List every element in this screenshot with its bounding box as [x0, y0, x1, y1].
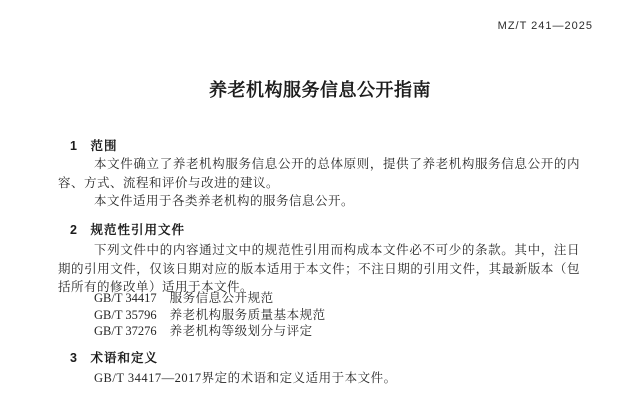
section-3-heading: 3 术语和定义: [70, 348, 580, 366]
reference-title: 服务信息公开规范: [170, 290, 274, 307]
reference-item: GB/T 37276养老机构等级划分与评定: [94, 323, 580, 340]
paragraph: 本文件确立了养老机构服务信息公开的总体原则，提供了养老机构服务信息公开的内容、方…: [58, 155, 580, 192]
document-title: 养老机构服务信息公开指南: [0, 76, 640, 102]
section-1-number: 1: [70, 139, 77, 153]
section-3-number: 3: [70, 351, 77, 365]
reference-code: GB/T 37276: [94, 323, 157, 340]
document-number: MZ/T 241—2025: [498, 20, 593, 32]
section-2-title: 规范性引用文件: [90, 220, 185, 238]
section-2-body: 下列文件中的内容通过文中的规范性引用而构成本文件必不可少的条款。其中，注日期的引…: [58, 241, 580, 297]
section-2-heading: 2 规范性引用文件: [70, 220, 580, 238]
reference-code: GB/T 34417: [94, 290, 157, 307]
paragraph: 下列文件中的内容通过文中的规范性引用而构成本文件必不可少的条款。其中，注日期的引…: [58, 241, 580, 297]
reference-item: GB/T 34417服务信息公开规范: [94, 290, 580, 307]
section-2-number: 2: [70, 223, 77, 237]
standard-document-page: MZ/T 241—2025 养老机构服务信息公开指南 1 范围 本文件确立了养老…: [0, 0, 640, 399]
section-3-title: 术语和定义: [90, 348, 158, 366]
section-1-title: 范围: [90, 136, 117, 154]
reference-title: 养老机构等级划分与评定: [170, 323, 313, 340]
reference-title: 养老机构服务质量基本规范: [170, 307, 326, 324]
reference-code: GB/T 35796: [94, 307, 157, 324]
reference-item: GB/T 35796养老机构服务质量基本规范: [94, 307, 580, 324]
section-3-body: GB/T 34417—2017界定的术语和定义适用于本文件。: [58, 369, 580, 388]
normative-references-list: GB/T 34417服务信息公开规范 GB/T 35796养老机构服务质量基本规…: [94, 290, 580, 340]
paragraph: GB/T 34417—2017界定的术语和定义适用于本文件。: [58, 369, 580, 388]
paragraph: 本文件适用于各类养老机构的服务信息公开。: [58, 192, 580, 211]
section-1-body: 本文件确立了养老机构服务信息公开的总体原则，提供了养老机构服务信息公开的内容、方…: [58, 155, 580, 211]
section-1-heading: 1 范围: [70, 136, 580, 154]
